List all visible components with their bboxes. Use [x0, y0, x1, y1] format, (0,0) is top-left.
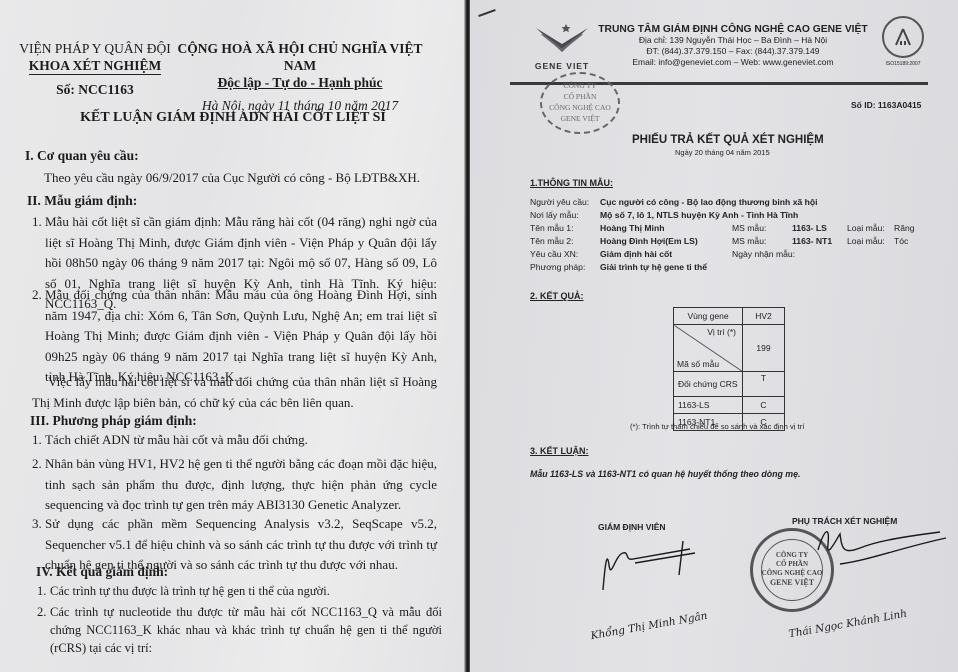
section-heading: 2. KẾT QUẢ:: [530, 291, 584, 301]
eagle-logo-icon: [532, 22, 592, 56]
section-heading: II. Mẫu giám định:: [27, 193, 137, 209]
base-cell: T: [743, 372, 785, 397]
list-number: 1.: [32, 430, 42, 451]
info-label: Phương pháp:: [530, 262, 585, 272]
logo-name: GENE VIET: [532, 61, 592, 71]
diagonal-header-cell: Vị trí (*) Mã số mẫu: [674, 325, 743, 372]
info-value: Cục người có công - Bộ lao động thương b…: [600, 197, 818, 207]
sample-code: 1163- LS: [792, 223, 827, 233]
examiner-signature-icon: [595, 535, 705, 595]
info-value: Giải trình tự hệ gene ti thể: [600, 262, 707, 272]
list-number: 1.: [37, 581, 46, 602]
sample-type-label: Loại mẫu:: [847, 223, 885, 233]
national-header: CỘNG HOÀ XÃ HỘI CHỦ NGHĨA VIỆT NAM Độc l…: [170, 40, 430, 114]
sample-type: Tóc: [894, 236, 908, 246]
region-header: HV2: [743, 308, 785, 325]
sample-info: Người yêu cầu: Cục người có công - Bộ la…: [530, 197, 950, 275]
info-label: Người yêu cầu:: [530, 197, 589, 207]
received-date-label: Ngày nhận mẫu:: [732, 249, 795, 259]
list-text: Tách chiết ADN từ mẫu hài cốt và mẫu đối…: [32, 430, 437, 451]
document-title: KẾT LUẬN GIÁM ĐỊNH ADN HÀI CỐT LIỆT SĨ: [0, 110, 466, 126]
info-row: Nơi lấy mẫu: Mộ số 7, lô 1, NTLS huyện K…: [530, 210, 950, 223]
info-value: Hoàng Đình Hợi(Em LS): [600, 236, 698, 246]
results-table: Vùng gene HV2 Vị trí (*) Mã số mẫu 199 Đ…: [673, 307, 785, 431]
company-stamp: CÔNG TY CỔ PHẦN CÔNG NGHỆ CAO GENE VIỆT: [540, 72, 620, 134]
info-row: Người yêu cầu: Cục người có công - Bộ la…: [530, 197, 950, 210]
stamp-line: CỔ PHẦN: [542, 91, 618, 102]
iso-seal-icon: [882, 16, 924, 58]
institute-name: VIỆN PHÁP Y QUÂN ĐỘI: [0, 40, 190, 57]
list-item: 2. Các trình tự nucleotide thu được từ m…: [37, 603, 442, 657]
issuer-block: VIỆN PHÁP Y QUÂN ĐỘI KHOA XÉT NGHIỆM Số:…: [0, 40, 190, 98]
sample-type: Răng: [894, 223, 915, 233]
list-text: Các trình tự thu được là trình tự hệ gen…: [37, 581, 437, 602]
lab-header: TRUNG TÂM GIÁM ĐỊNH CÔNG NGHỆ CAO GENE V…: [598, 24, 868, 68]
examiner-name: Khổng Thị Minh Ngân: [590, 610, 709, 642]
info-row: Tên mẫu 1: Hoàng Thị Minh MS mẫu: 1163- …: [530, 223, 950, 236]
base-cell: C: [743, 397, 785, 414]
list-text: Các trình tự nucleotide thu được từ mẫu …: [37, 603, 442, 657]
sampling-note: Việc lấy mẫu hài cốt liệt sĩ và mẫu đối …: [32, 372, 437, 413]
info-row: Phương pháp: Giải trình tự hệ gene ti th…: [530, 262, 950, 275]
report-title: PHIẾU TRẢ KẾT QUẢ XÉT NGHIỆM: [632, 134, 824, 146]
sample-code-label: Mã số mẫu: [677, 359, 719, 369]
info-row: Yêu cầu XN: Giám định hài cốt Ngày nhận …: [530, 249, 950, 262]
sample-code-label: MS mẫu:: [732, 223, 766, 233]
stamp-line: CÔNG TY: [542, 80, 618, 91]
report-date: Ngày 20 tháng 04 năm 2015: [675, 148, 770, 157]
section-heading: III. Phương pháp giám định:: [30, 413, 197, 429]
list-number: 2.: [37, 603, 46, 621]
left-document-page: VIỆN PHÁP Y QUÂN ĐỘI KHOA XÉT NGHIỆM Số:…: [0, 0, 466, 672]
table-row: Đối chứng CRS T: [674, 372, 785, 397]
right-document-page: GENE VIET TRUNG TÂM GIÁM ĐỊNH CÔNG NGHỆ …: [470, 0, 958, 672]
section-heading: IV. Kết quả giám định:: [36, 564, 168, 580]
table-row: 1163-LS C: [674, 397, 785, 414]
stamp-line: CÔNG NGHỆ CAO: [542, 102, 618, 113]
stamp-line: GENE VIỆT: [542, 113, 618, 124]
info-label: Yêu cầu XN:: [530, 249, 578, 259]
info-value: Mộ số 7, lô 1, NTLS huyện Kỳ Anh - Tỉnh …: [600, 210, 798, 220]
info-value: Hoàng Thị Minh: [600, 223, 664, 233]
sample-type-label: Loại mẫu:: [847, 236, 885, 246]
lab-name: TRUNG TÂM GIÁM ĐỊNH CÔNG NGHỆ CAO GENE V…: [598, 24, 868, 35]
certification-block: ISO15189:2007: [880, 16, 926, 67]
section-heading: I. Cơ quan yêu cầu:: [25, 148, 139, 164]
iso-code: ISO15189:2007: [880, 61, 926, 67]
sample-cell: 1163-LS: [674, 397, 743, 414]
lab-address: Địa chỉ: 139 Nguyễn Thái Học – Ba Đình –…: [598, 35, 868, 46]
position-label: Vị trí (*): [707, 327, 736, 337]
list-number: 3.: [32, 514, 42, 535]
department-name: KHOA XÉT NGHIỆM: [29, 57, 162, 75]
list-number: 2.: [32, 454, 42, 475]
sample-code: 1163- NT1: [792, 236, 832, 246]
sample-code-label: MS mẫu:: [732, 236, 766, 246]
document-number: Số: NCC1163: [0, 81, 190, 98]
list-number: 2.: [32, 285, 42, 306]
examiner-title: GIÁM ĐỊNH VIÊN: [598, 522, 666, 532]
info-label: Tên mẫu 2:: [530, 236, 573, 246]
list-item: 1. Các trình tự thu được là trình tự hệ …: [37, 581, 437, 602]
national-motto: Độc lập - Tự do - Hạnh phúc: [170, 74, 430, 91]
list-text: Nhân bản vùng HV1, HV2 hệ gen ti thể ngư…: [32, 454, 437, 516]
country-name: CỘNG HOÀ XÃ HỘI CHỦ NGHĨA VIỆT NAM: [170, 40, 430, 74]
section-heading: 3. KẾT LUẬN:: [530, 446, 589, 456]
table-footnote: (*): Trình tự tham chiếu để so sánh và x…: [630, 422, 804, 431]
list-item: 1. Tách chiết ADN từ mẫu hài cốt và mẫu …: [32, 430, 437, 451]
supervisor-signature-icon: [800, 520, 950, 590]
info-label: Nơi lấy mẫu:: [530, 210, 579, 220]
list-item: 2. Nhân bản vùng HV1, HV2 hệ gen ti thể …: [32, 454, 437, 516]
list-number: 1.: [32, 212, 42, 233]
sample-cell: Đối chứng CRS: [674, 372, 743, 397]
gene-viet-logo: GENE VIET: [532, 22, 592, 66]
position-value: 199: [743, 325, 785, 372]
conclusion-text: Mẫu 1163-LS và 1163-NT1 có quan hệ huyết…: [530, 469, 800, 479]
section-body: Theo yêu cầu ngày 06/9/2017 của Cục Ngườ…: [44, 168, 444, 189]
section-heading: 1.THÔNG TIN MẪU:: [530, 178, 613, 188]
sample-id: Số ID: 1163A0415: [851, 100, 921, 110]
staple-mark: [478, 9, 496, 17]
lab-contact: Email: info@geneviet.com – Web: www.gene…: [598, 57, 868, 68]
lab-phone: ĐT: (844).37.379.150 – Fax: (844).37.379…: [598, 46, 868, 57]
info-row: Tên mẫu 2: Hoàng Đình Hợi(Em LS) MS mẫu:…: [530, 236, 950, 249]
info-label: Tên mẫu 1:: [530, 223, 573, 233]
info-value: Giám định hài cốt: [600, 249, 672, 259]
column-header: Vùng gene: [674, 308, 743, 325]
supervisor-name: Thái Ngọc Khánh Linh: [788, 608, 908, 641]
